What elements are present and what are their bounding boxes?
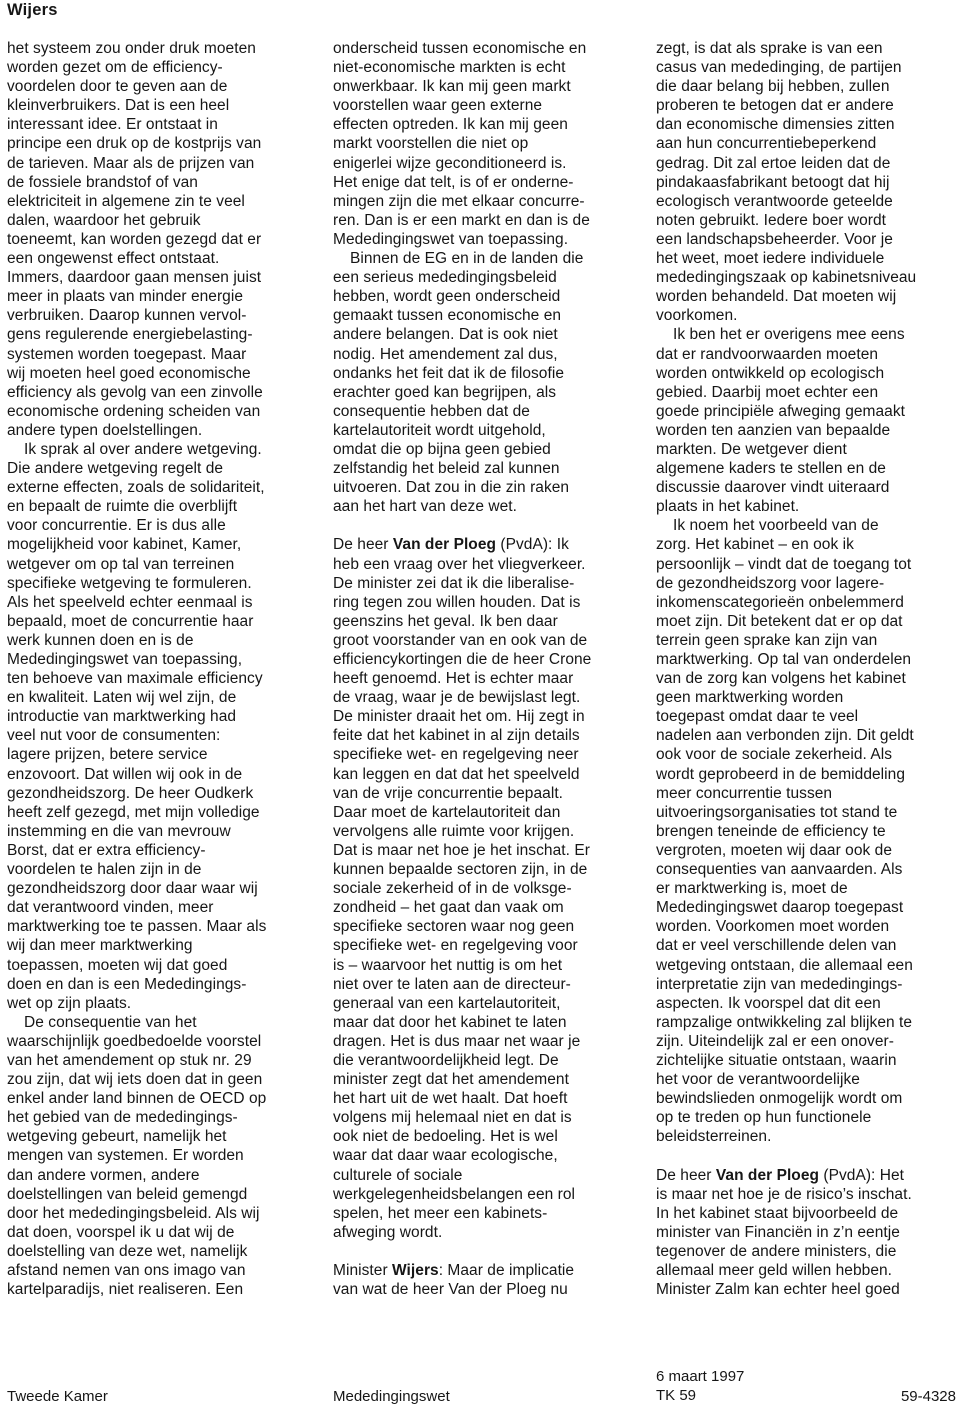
speaker-header: Wijers <box>7 1 58 20</box>
paragraph-text: Ik sprak al over andere wetgeving. Die a… <box>7 441 266 1012</box>
footer-date: 6 maart 1997 <box>656 1367 744 1386</box>
page-footer: Tweede Kamer Mededingingswet 6 maart 199… <box>0 1368 960 1414</box>
paragraph-text: De heer <box>333 536 393 553</box>
column-middle: onderscheid tussen economische en niet-e… <box>333 39 647 1299</box>
paragraph: Ik sprak al over andere wetgeving. Die a… <box>7 440 321 1013</box>
paragraph-text: Ik noem het voorbeeld van de zorg. Het k… <box>656 517 914 1145</box>
paragraph-text: Minister <box>333 1262 392 1279</box>
footer-page-number: 59-4328 <box>901 1388 956 1405</box>
paragraph-text: (PvdA): Het is maar net hoe je de risico… <box>656 1167 912 1299</box>
paragraph: Ik ben het er overigens mee eens dat er … <box>656 325 958 516</box>
paragraph: De consequentie van het waarschijnlijk g… <box>7 1013 321 1299</box>
paragraph-text: het systeem zou onder druk moeten worden… <box>7 40 263 439</box>
footer-session: TK 59 <box>656 1386 744 1405</box>
paragraph: zegt, is dat als sprake is van een casus… <box>656 39 958 325</box>
paragraph-text: Ik ben het er overigens mee eens dat er … <box>656 326 905 515</box>
footer-title: Mededingingswet <box>333 1388 450 1405</box>
speaker-name: Van der Ploeg <box>716 1167 819 1184</box>
speaker-name: Van der Ploeg <box>393 536 496 553</box>
paragraph: De heer Van der Ploeg (PvdA): Ik heb een… <box>333 535 647 1241</box>
speaker-name: Wijers <box>392 1262 439 1279</box>
paragraph: onderscheid tussen economische en niet-e… <box>333 39 647 249</box>
paragraph-text: (PvdA): Ik heb een vraag over het vliegv… <box>333 536 591 1240</box>
column-right: zegt, is dat als sprake is van een casus… <box>656 39 958 1299</box>
document-page: Wijers het systeem zou onder druk moeten… <box>0 0 960 1414</box>
footer-meta: 6 maart 1997 TK 59 <box>656 1367 744 1405</box>
footer-chamber: Tweede Kamer <box>7 1388 108 1405</box>
column-left: het systeem zou onder druk moeten worden… <box>7 39 321 1299</box>
paragraph: Minister Wijers: Maar de implicatie van … <box>333 1261 647 1299</box>
paragraph-text: Binnen de EG en in de landen die een ser… <box>333 250 583 515</box>
paragraph: Binnen de EG en in de landen die een ser… <box>333 249 647 516</box>
paragraph: het systeem zou onder druk moeten worden… <box>7 39 321 440</box>
paragraph-text: zegt, is dat als sprake is van een casus… <box>656 40 916 324</box>
paragraph-text: onderscheid tussen economische en niet-e… <box>333 40 590 248</box>
paragraph: Ik noem het voorbeeld van de zorg. Het k… <box>656 516 958 1146</box>
paragraph: De heer Van der Ploeg (PvdA): Het is maa… <box>656 1166 958 1300</box>
paragraph-text: De heer <box>656 1167 716 1184</box>
paragraph-text: De consequentie van het waarschijnlijk g… <box>7 1014 266 1298</box>
